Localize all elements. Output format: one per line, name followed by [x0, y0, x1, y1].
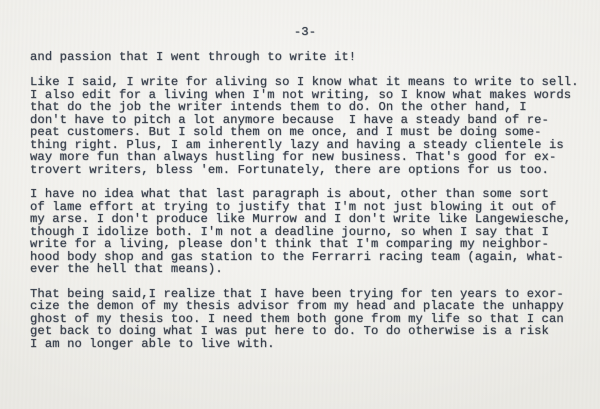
page-number: -3- — [30, 26, 580, 38]
paragraph-writing-for-a-living: Like I said, I write for aliving so I kn… — [30, 76, 580, 176]
typewritten-page: -3- and passion that I went through to w… — [0, 0, 600, 409]
paragraph-thesis-advisor: That being said,I realize that I have be… — [30, 288, 580, 350]
page-text-block: -3- and passion that I went through to w… — [30, 26, 580, 350]
paragraph-lame-effort: I have no idea what that last paragraph … — [30, 188, 580, 275]
paragraph-continuation: and passion that I went through to write… — [30, 51, 580, 63]
